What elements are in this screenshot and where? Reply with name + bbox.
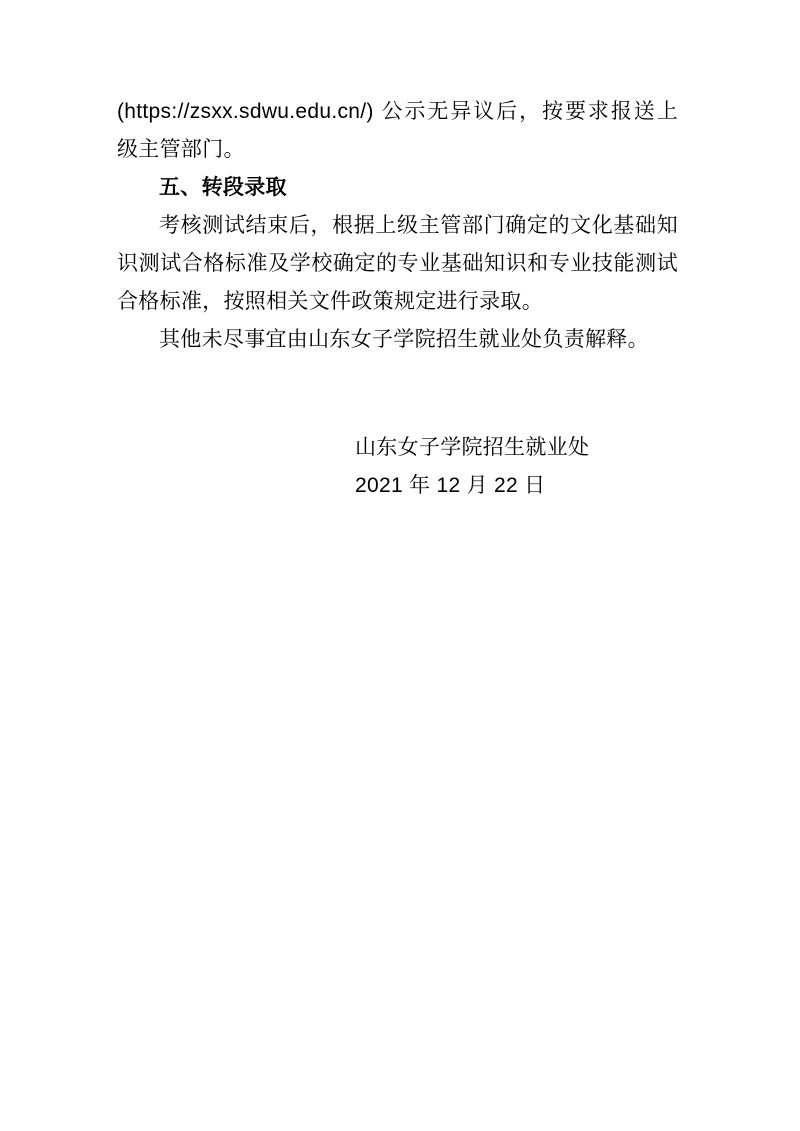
document-body: (https://zsxx.sdwu.edu.cn/) 公示无异议后，按要求报送… (117, 93, 678, 505)
section-heading-five: 五、转段录取 (117, 169, 678, 207)
document-page: (https://zsxx.sdwu.edu.cn/) 公示无异议后，按要求报送… (0, 0, 800, 1131)
paragraph-admission-rules: 考核测试结束后，根据上级主管部门确定的文化基础知识测试合格标准及学校确定的专业基… (117, 207, 678, 321)
signature-organization: 山东女子学院招生就业处 (355, 429, 677, 467)
paragraph-interpretation: 其他未尽事宜由山东女子学院招生就业处负责解释。 (117, 321, 678, 359)
paragraph-continued-url: (https://zsxx.sdwu.edu.cn/) 公示无异议后，按要求报送… (117, 93, 678, 169)
signature-block: 山东女子学院招生就业处 2021 年 12 月 22 日 (355, 429, 677, 505)
signature-date: 2021 年 12 月 22 日 (355, 467, 677, 505)
